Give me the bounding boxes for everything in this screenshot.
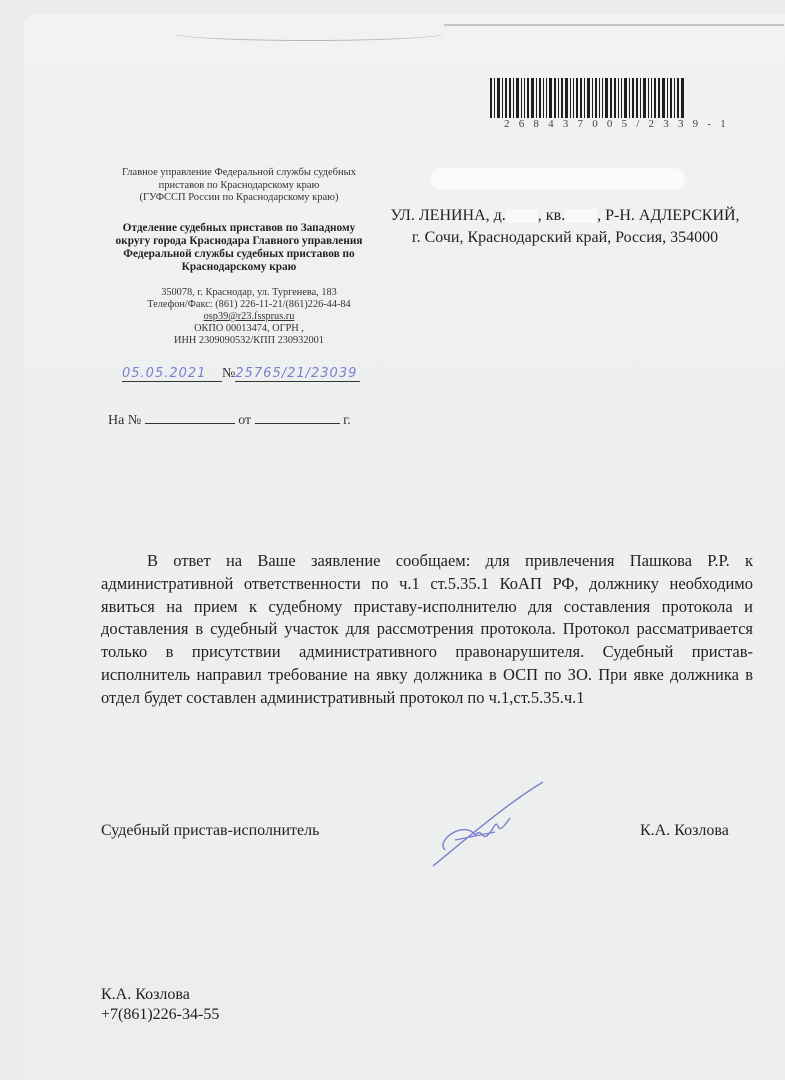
sender-address: 350078, г. Краснодар, ул. Тургенева, 183 — [104, 287, 394, 299]
redacted-recipient-name — [430, 168, 685, 190]
barcode — [490, 78, 758, 118]
sender-contacts: 350078, г. Краснодар, ул. Тургенева, 183… — [104, 287, 394, 347]
paper-edge — [444, 24, 784, 26]
signer-title: Судебный пристав-исполнитель — [101, 822, 319, 840]
incoming-number-blank — [145, 411, 235, 424]
redacted-house — [506, 209, 538, 223]
redacted-apartment — [565, 209, 597, 223]
parent-org-header: Главное управление Федеральной службы су… — [104, 167, 374, 205]
sender-inn: ИНН 2309090532/КПП 230932001 — [104, 335, 394, 347]
letter-body: В ответ на Ваше заявление сообщаем: для … — [101, 550, 753, 710]
outgoing-number: 25765/21/23039 — [235, 366, 360, 382]
outgoing-date: 05.05.2021 — [122, 366, 222, 382]
outgoing-reference: 05.05.2021№25765/21/23039 — [122, 366, 360, 382]
recipient-address: УЛ. ЛЕНИНА, д., кв., Р-Н. АДЛЕРСКИЙ, г. … — [370, 205, 760, 249]
sender-email[interactable]: osp39@r23.fssprus.ru — [104, 311, 394, 323]
department-name: Отделение судебных приставов по Западном… — [104, 222, 374, 274]
footer-phone: +7(861)226-34-55 — [101, 1005, 219, 1025]
incoming-reference: На № от г. — [108, 411, 351, 429]
contact-footer: К.А. Козлова +7(861)226-34-55 — [101, 985, 219, 1025]
incoming-date-blank — [255, 411, 340, 424]
handwritten-signature-icon — [425, 780, 555, 870]
footer-name: К.А. Козлова — [101, 985, 219, 1005]
sender-okpo: ОКПО 00013474, ОГРН , — [104, 323, 394, 335]
paper-fold — [174, 26, 444, 41]
signer-name: К.А. Козлова — [640, 822, 729, 840]
barcode-number: 268437005/2339-1 — [504, 118, 735, 130]
sender-phone: Телефон/Факс: (861) 226-11-21/(861)226-4… — [104, 299, 394, 311]
